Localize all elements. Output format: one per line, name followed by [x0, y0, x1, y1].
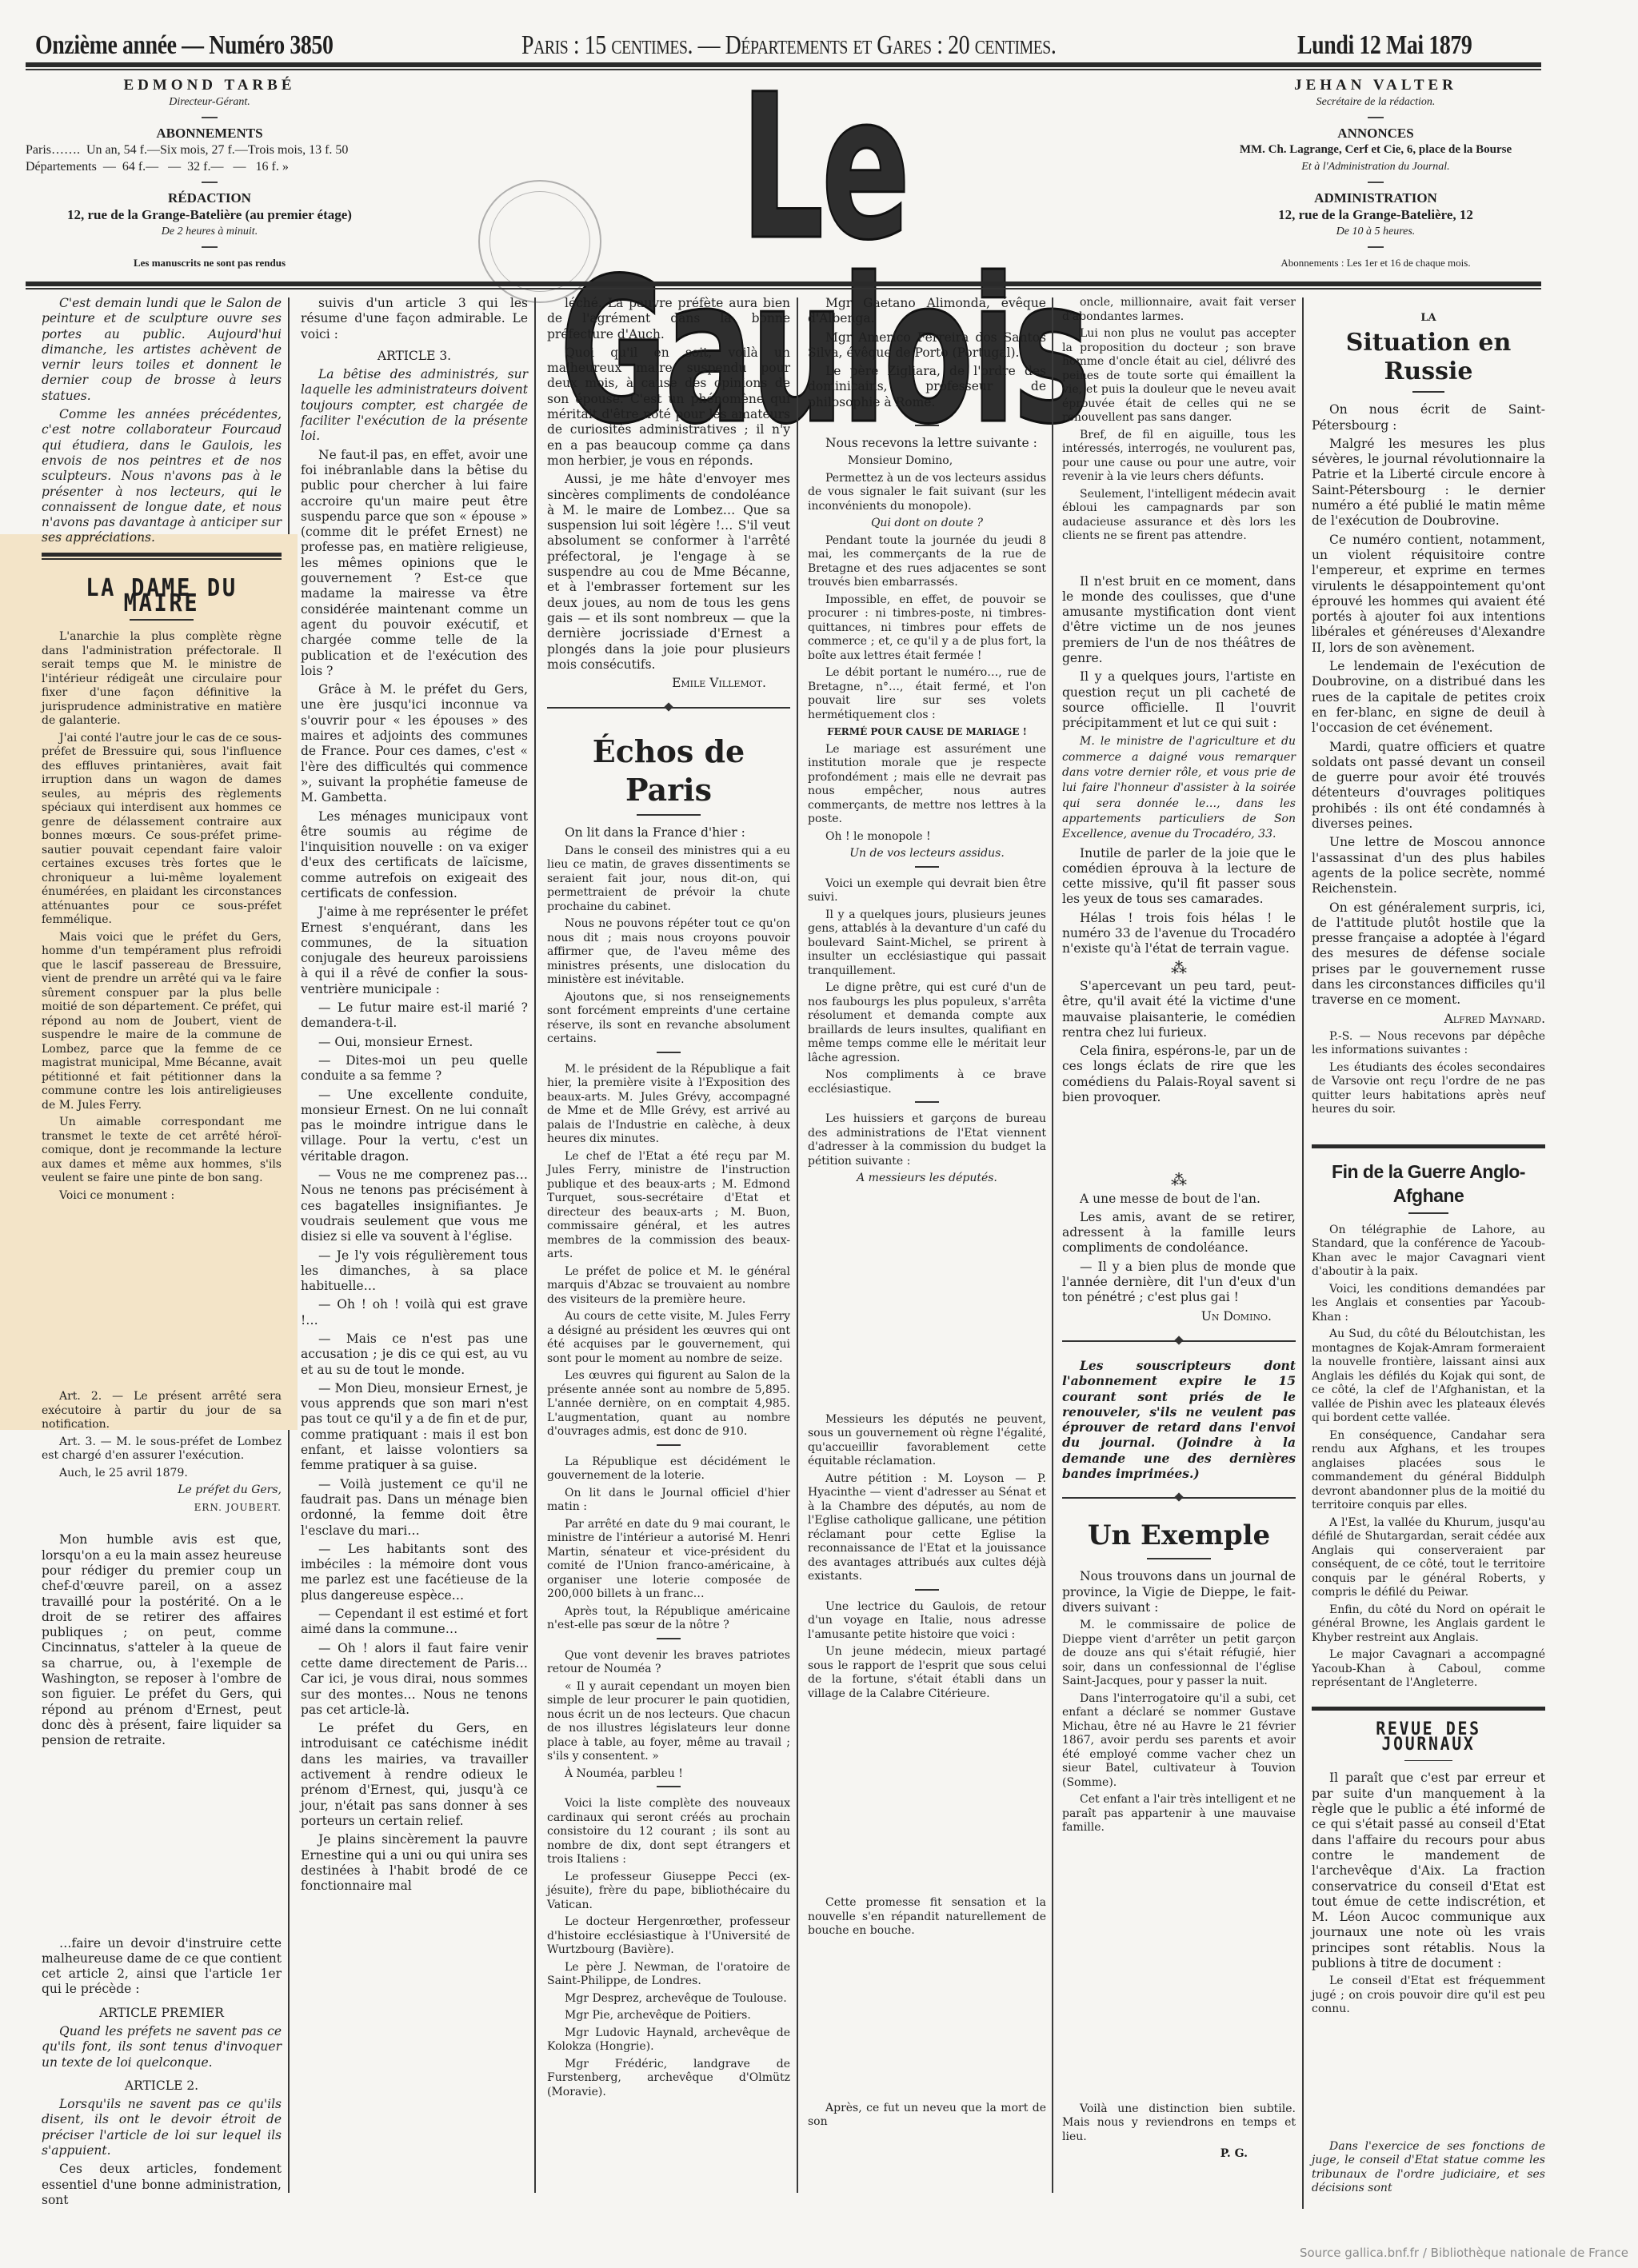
asterism-icon: ⁂ [1062, 1172, 1296, 1188]
paragraph: Ces deux articles, fondement essentiel d… [42, 2162, 282, 2208]
echo-item: La République est décidément le gouverne… [547, 1455, 790, 1483]
section-divider [1062, 1497, 1296, 1499]
article-premier-heading: ARTICLE PREMIER [42, 2006, 282, 2021]
section-divider [547, 707, 790, 709]
paragraph: — Le futur maire est-il marié ? demander… [301, 1000, 528, 1032]
source-credit: Source gallica.bnf.fr / Bibliothèque nat… [1300, 2246, 1628, 2260]
subscribers-notice: Les souscripteurs dont l'abonnement expi… [1062, 1358, 1296, 1481]
title-underline [1408, 1212, 1448, 1214]
director-name: EDMOND TARBÉ [26, 77, 394, 94]
paris-prices: Paris……. Un an, 54 f.—Six mois, 27 f.—Tr… [26, 142, 394, 158]
section-rule [1312, 1707, 1545, 1711]
paragraph: S'apercevant un peu tard, peut-être, qu'… [1062, 979, 1296, 1040]
paragraph: Un aimable correspondant me transmet le … [42, 1116, 282, 1186]
echo-item: Mgr Ludovic Haynald, archevêque de Kolok… [547, 2026, 790, 2054]
echo-item: Le professeur Giuseppe Pecci (ex-jésuite… [547, 1871, 790, 1913]
echo-item: Mgr Frédéric, landgrave de Furstenberg, … [547, 2058, 790, 2100]
echo-item: À Nouméa, parbleu ! [547, 1767, 790, 1782]
paragraph: oncle, millionnaire, avait fait verser d… [1062, 296, 1296, 324]
letter-paragraph: Le débit portant le numéro…, rue de Bret… [808, 666, 1046, 722]
decree-signature-name: ERN. JOUBERT. [42, 1501, 282, 1515]
item-divider [915, 425, 939, 426]
paragraph: Les huissiers et garçons de bureau des a… [808, 1112, 1046, 1168]
paragraph: M. le ministre de l'agriculture et du co… [1062, 734, 1296, 842]
echo-item: Ajoutons que, si nos renseignements sont… [547, 991, 790, 1047]
paragraph: Malgré les mesures les plus sévères, le … [1312, 437, 1545, 529]
item-divider [657, 1638, 681, 1639]
paragraph: Quoi qu'il en soit, voilà un malheureux … [547, 345, 790, 469]
paragraph: Bref, de fil en aiguille, tous les intér… [1062, 429, 1296, 485]
ads-note: Et à l'Administration du Journal. [1192, 158, 1560, 175]
echo-item: Nous ne pouvons répéter tout ce qu'on no… [547, 917, 790, 988]
admin-address: 12, rue de la Grange-Batelière, 12 [1192, 206, 1560, 223]
paragraph: Lui non plus ne voulut pas accepter la p… [1062, 327, 1296, 425]
issue-date: Lundi 12 Mai 1879 [1297, 30, 1472, 61]
echo-item: M. le président de la République a fait … [547, 1063, 790, 1147]
kicker: LA [1312, 310, 1545, 325]
item-divider [915, 1101, 939, 1103]
letter-signature: Un de vos lecteurs assidus. [808, 847, 1046, 861]
section-rule [42, 553, 282, 557]
admin-hours: De 10 à 5 heures. [1192, 223, 1560, 240]
paragraph: Inutile de parler de la joie que le comé… [1062, 846, 1296, 908]
echos-de-paris-title: Échos de Paris [547, 733, 790, 809]
paragraph: Il n'est bruit en ce moment, dans le mon… [1062, 574, 1296, 667]
ornament-divider [1368, 182, 1384, 183]
paragraph: — Mon Dieu, monsieur Ernest, je vous app… [301, 1381, 528, 1474]
paragraph: Le major Cavagnari a accompagné Yacoub-K… [1312, 1648, 1545, 1691]
masthead-right: JEHAN VALTER Secrétaire de la rédaction.… [1192, 77, 1560, 271]
paragraph: Seulement, l'intelligent médecin avait é… [1062, 488, 1296, 544]
title-underline [130, 619, 194, 621]
paragraph: Le conseil d'Etat est fréquemment jugé ;… [1312, 1975, 1545, 2017]
item-divider [915, 1589, 939, 1591]
letter-salutation: Monsieur Domino, [808, 454, 1046, 469]
echo-item: Voici la liste complète des nouveaux car… [547, 1797, 790, 1867]
echo-item: Après tout, la République américaine n'e… [547, 1605, 790, 1633]
letter-intro: Nous recevons la lettre suivante : [808, 436, 1046, 451]
paragraph: — Voilà justement ce qu'il ne faudrait p… [301, 1477, 528, 1539]
paragraph: — Cependant il est estimé et fort aimé d… [301, 1607, 528, 1638]
paragraph: On lit dans la France d'hier : [547, 825, 790, 841]
paragraph: M. le commissaire de police de Dieppe vi… [1062, 1619, 1296, 1689]
item-divider [657, 1786, 681, 1787]
article-3-text: La bêtise des administrés, sur laquelle … [301, 367, 528, 444]
salon-note: C'est demain lundi que le Salon de peint… [42, 296, 282, 404]
paragraph: — Il y a bien plus de monde que l'année … [1062, 1260, 1296, 1306]
ads-agents: MM. Ch. Lagrange, Cerf et Cie, 6, place … [1192, 142, 1560, 158]
paragraph: A l'Est, la vallée du Khurum, jusqu'au d… [1312, 1516, 1545, 1600]
paragraph: P.-S. — Nous recevons par dépêche les in… [1312, 1030, 1545, 1058]
column-rule [1302, 297, 1304, 2209]
paragraph: Aussi, je me hâte d'envoyer mes sincères… [547, 472, 790, 673]
column-2: suivis d'un article 3 qui les résume d'u… [301, 296, 528, 1897]
russia-title: Situation en Russie [1312, 329, 1545, 386]
column-6: LA Situation en Russie On nous écrit de … [1312, 296, 1545, 2199]
column-1: C'est demain lundi que le Salon de peint… [42, 296, 282, 2211]
echo-item: Le préfet de police et M. le général mar… [547, 1265, 790, 1308]
ornament-divider [202, 246, 218, 248]
title-underline [637, 814, 701, 816]
article-signature: Un Domino. [1062, 1309, 1272, 1324]
paragraph: Le digne prêtre, qui est curé d'un de no… [808, 981, 1046, 1065]
paragraph: Voici, les conditions demandées par les … [1312, 1283, 1545, 1325]
item-divider [657, 1444, 681, 1446]
subscription-dates: Abonnements : Les 1er et 16 de chaque mo… [1192, 254, 1560, 271]
editorial-address: 12, rue de la Grange-Batelière (au premi… [26, 206, 394, 223]
paragraph: Une lettre de Moscou annonce l'assassina… [1312, 835, 1545, 896]
paragraph: Il y a quelques jours, l'artiste en ques… [1062, 669, 1296, 731]
paragraph: Hélas ! trois fois hélas ! le numéro 33 … [1062, 911, 1296, 957]
article-signature: Alfred Maynard. [1312, 1012, 1545, 1027]
secretary-name: JEHAN VALTER [1192, 77, 1560, 94]
ornament-divider [202, 117, 218, 118]
paragraph: Un jeune médecin, mieux partagé sous le … [808, 1645, 1046, 1701]
paragraph: Voici un exemple qui devrait bien être s… [808, 877, 1046, 905]
ornament-divider [1368, 246, 1384, 248]
paragraph: Les amis, avant de se retirer, adressent… [1062, 1210, 1296, 1256]
paragraph: — Mais ce n'est pas une accusation ; je … [301, 1332, 528, 1378]
column-5: oncle, millionnaire, avait fait verser d… [1062, 296, 1296, 2165]
paragraph: Messieurs les députés ne peuvent, sous u… [808, 1413, 1046, 1469]
article-title-dame-du-maire: LA DAME DU MAIRE [54, 581, 270, 612]
paragraph: Le préfet du Gers, en introduisant ce ca… [301, 1721, 528, 1829]
section-rule [1312, 1144, 1545, 1148]
paragraph: Il y a quelques jours, plusieurs jeunes … [808, 908, 1046, 979]
masthead-bottom-rule-thin [26, 288, 1541, 289]
paragraph: Grâce à M. le préfet du Gers, une ère ju… [301, 682, 528, 805]
paragraph: Au Sud, du côté du Béloutchistan, les mo… [1312, 1328, 1545, 1426]
letter-paragraph: FERMÉ POUR CAUSE DE MARIAGE ! [808, 725, 1046, 740]
column-rule [797, 297, 798, 2193]
echo-item: Mgr Pie, archevêque de Poitiers. [547, 2009, 790, 2023]
letter-paragraph: Qui dont on doute ? [808, 517, 1046, 531]
echo-item: Que vont devenir les braves patriotes re… [547, 1649, 790, 1677]
manuscripts-note: Les manuscrits ne sont pas rendus [26, 254, 394, 271]
echo-item: Au cours de cette visite, M. Jules Ferry… [547, 1310, 790, 1366]
paragraph: A messieurs les députés. [808, 1172, 1046, 1186]
article-premier-text: Quand les préfets ne savent pas ce qu'il… [42, 2024, 282, 2070]
item-divider [915, 866, 939, 868]
paragraph: J'ai conté l'autre jour le cas de ce sou… [42, 732, 282, 928]
title-underline [1147, 1558, 1211, 1559]
paragraph: Voici ce monument : [42, 1189, 282, 1204]
paragraph: Voilà une distinction bien subtile. Mais… [1062, 2102, 1296, 2145]
article-signature: Emile Villemot. [547, 676, 766, 691]
paragraph: Mgr Gaetano Alimonda, évêque d'Albenga. [808, 296, 1046, 327]
paragraph: Mardi, quatre officiers et quatre soldat… [1312, 740, 1545, 833]
column-3: léché. La pauvre préfète aura bien de l'… [547, 296, 790, 2102]
decree-article: Art. 2. — Le présent arrêté sera exécuto… [42, 1390, 282, 1432]
paragraph: Nous trouvons dans un journal de provinc… [1062, 1569, 1296, 1615]
paragraph: …faire un devoir d'instruire cette malhe… [42, 1936, 282, 1998]
section-rule [42, 558, 282, 560]
letter-paragraph: Pendant toute la journée du jeudi 8 mai,… [808, 534, 1046, 590]
paragraph: J'aime à me représenter le préfet Ernest… [301, 904, 528, 997]
editorial-hours: De 2 heures à minuit. [26, 223, 394, 240]
paragraph: Mais voici que le préfet du Gers, homme … [42, 931, 282, 1113]
paragraph: Le père Zigliara, de l'ordre des dominic… [808, 364, 1046, 410]
paragraph: Ne faut-il pas, en effet, avoir une foi … [301, 448, 528, 679]
paragraph: Mon humble avis est que, lorsqu'on a eu … [42, 1532, 282, 1748]
paragraph: — Oui, monsieur Ernest. [301, 1035, 528, 1050]
paragraph: — Dites-moi un peu quelle conduite a sa … [301, 1053, 528, 1084]
subscriptions-heading: ABONNEMENTS [26, 125, 394, 142]
paragraph: Il paraît que c'est par erreur et par su… [1312, 1771, 1545, 1971]
secretary-role: Secrétaire de la rédaction. [1192, 94, 1560, 110]
editorial-heading: RÉDACTION [26, 190, 394, 206]
paragraph: Cette promesse fit sensation et la nouve… [808, 1896, 1046, 1939]
article-signature: P. G. [1062, 2147, 1248, 2162]
echo-item: Le père J. Newman, de l'oratoire de Sain… [547, 1961, 790, 1989]
echo-item: « Il y aurait cependant un moyen bien si… [547, 1680, 790, 1764]
column-4: Mgr Gaetano Alimonda, évêque d'Albenga. … [808, 296, 1046, 2133]
section-divider [1062, 1340, 1296, 1342]
letter-paragraph: Le mariage est assurément une institutio… [808, 743, 1046, 827]
paragraph: Dans l'interrogatoire qu'il a subi, cet … [1062, 1692, 1296, 1791]
masthead-left: EDMOND TARBÉ Directeur-Gérant. ABONNEMEN… [26, 77, 394, 271]
title-underline [1404, 1760, 1452, 1761]
paragraph: Une lectrice du Gaulois, de retour d'un … [808, 1600, 1046, 1643]
paragraph: suivis d'un article 3 qui les résume d'u… [301, 296, 528, 342]
letter-paragraph: Impossible, en effet, de pouvoir se proc… [808, 593, 1046, 664]
ads-heading: ANNONCES [1192, 125, 1560, 142]
paragraph: En conséquence, Candahar sera rendu aux … [1312, 1429, 1545, 1513]
paragraph: — Vous ne me comprenez pas… Nous ne teno… [301, 1168, 528, 1244]
decree-date: Auch, le 25 avril 1879. [42, 1467, 282, 1481]
masthead-bottom-rule [26, 282, 1541, 286]
paragraph: léché. La pauvre préfète aura bien de l'… [547, 296, 790, 342]
letter-paragraph: Oh ! le monopole ! [808, 830, 1046, 845]
paragraph: Cela finira, espérons-le, par un de ces … [1062, 1044, 1296, 1105]
afghan-war-title: Fin de la Guerre Anglo-Afghane [1312, 1160, 1545, 1208]
echo-item: Mgr Desprez, archevêque de Toulouse. [547, 1992, 790, 2006]
director-role: Directeur-Gérant. [26, 94, 394, 110]
admin-heading: ADMINISTRATION [1192, 190, 1560, 206]
article-2-heading: ARTICLE 2. [42, 2078, 282, 2094]
paragraph: — Les habitants sont des imbéciles : la … [301, 1542, 528, 1603]
paragraph: — Je l'y vois régulièrement tous les dim… [301, 1248, 528, 1295]
paragraph: Autre pétition : M. Loyson — P. Hyacinth… [808, 1472, 1046, 1584]
decree-article: Art. 3. — M. le sous-préfet de Lombez es… [42, 1435, 282, 1463]
paragraph: On est généralement surpris, ici, de l'a… [1312, 900, 1545, 1008]
asterism-icon: ⁂ [1062, 960, 1296, 976]
paragraph: Le lendemain de l'exécution de Doubrovin… [1312, 659, 1545, 736]
paragraph: Enfin, du côté du Nord on opérait le gén… [1312, 1603, 1545, 1646]
paragraph: — Une excellente conduite, monsieur Erne… [301, 1088, 528, 1164]
paragraph: A une messe de bout de l'an. [1062, 1192, 1296, 1207]
un-exemple-title: Un Exemple [1062, 1518, 1296, 1553]
echo-item: Dans le conseil des ministres qui a eu l… [547, 845, 790, 915]
letter-paragraph: Permettez à un de vos lecteurs assidus d… [808, 472, 1046, 514]
paragraph: Après, ce fut un neveu que la mort de so… [808, 2102, 1046, 2130]
paragraph: — Oh ! alors il faut faire venir cette d… [301, 1641, 528, 1718]
column-rule [534, 297, 536, 2193]
paragraph: L'anarchie la plus complète règne dans l… [42, 630, 282, 729]
paragraph: Dans l'exercice de ses fonctions de juge… [1312, 2140, 1545, 2196]
salon-note: Comme les années précédentes, c'est notr… [42, 407, 282, 546]
decree-signature-role: Le préfet du Gers, [42, 1483, 282, 1498]
paragraph: Je plains sincèrement la pauvre Ernestin… [301, 1832, 528, 1894]
echo-item: Les œuvres qui figurent au Salon de la p… [547, 1369, 790, 1439]
paragraph: Les étudiants des écoles secondaires de … [1312, 1061, 1545, 1117]
paragraph: Mgr Americo Ferreira dos Santos Silva, é… [808, 330, 1046, 361]
article-3-heading: ARTICLE 3. [301, 349, 528, 364]
echo-item: On lit dans le Journal officiel d'hier m… [547, 1487, 790, 1515]
paragraph: On télégraphie de Lahore, au Standard, q… [1312, 1224, 1545, 1280]
title-underline [1412, 391, 1444, 393]
column-rule [1052, 297, 1053, 2193]
revue-des-journaux-title: REVUE DES JOURNAUX [1324, 1722, 1534, 1753]
paragraph: Ce numéro contient, notamment, un violen… [1312, 533, 1545, 656]
echo-item: Le docteur Hergenrœther, professeur d'hi… [547, 1915, 790, 1958]
edition-number: Onzième année — Numéro 3850 [35, 30, 333, 61]
decree-body [42, 1206, 282, 1390]
paragraph: Nos compliments à ce brave ecclésiastiqu… [808, 1068, 1046, 1096]
dept-prices: Départements — 64 f.— — 32 f.— — 16 f. » [26, 158, 394, 175]
paragraph: On nous écrit de Saint-Pétersbourg : [1312, 402, 1545, 433]
item-divider [657, 1052, 681, 1053]
ornament-divider [1368, 117, 1384, 118]
echo-item: Par arrêté en date du 9 mai courant, le … [547, 1518, 790, 1602]
paragraph: — Oh ! oh ! voilà qui est grave !… [301, 1297, 528, 1328]
paragraph: Les ménages municipaux vont être soumis … [301, 809, 528, 902]
article-2-text: Lorsqu'ils ne savent pas ce qu'ils disen… [42, 2097, 282, 2158]
echo-item: Le chef de l'Etat a été reçu par M. Jule… [547, 1150, 790, 1262]
paragraph: Cet enfant a l'air très intelligent et n… [1062, 1793, 1296, 1835]
ornament-divider [202, 182, 218, 183]
